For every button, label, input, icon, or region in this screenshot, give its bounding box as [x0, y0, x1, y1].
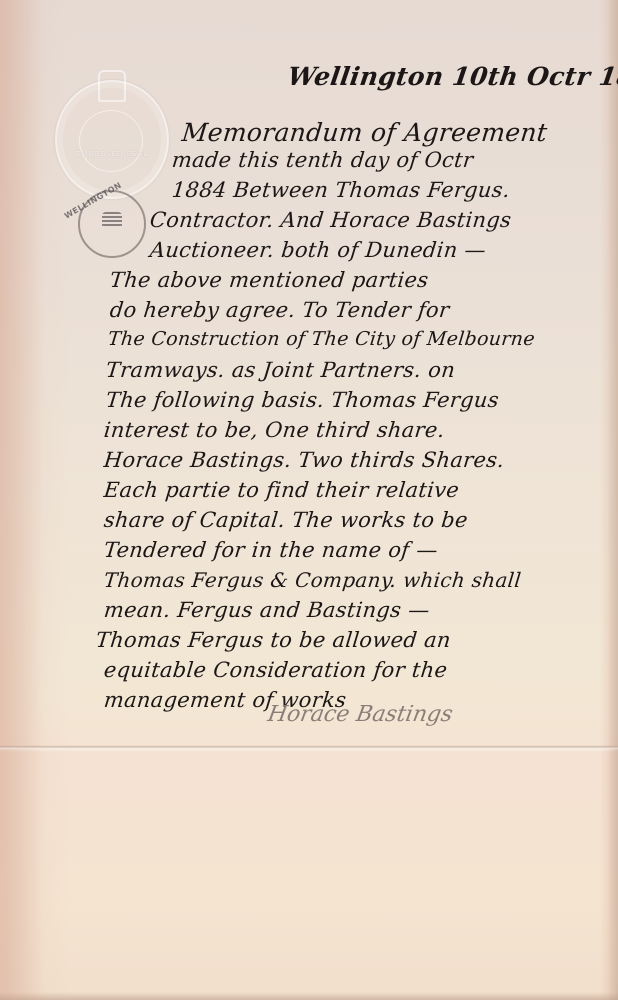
- memo-body-line: share of Capital. The works to be: [103, 508, 469, 532]
- postmark-crown-icon: [102, 212, 122, 226]
- memo-title-line: Memorandum of Agreement: [180, 118, 548, 147]
- seal-crown-icon: [98, 70, 126, 102]
- memo-body-line: Contractor. And Horace Bastings: [149, 208, 513, 232]
- memo-body-line: equitable Consideration for the: [103, 658, 449, 682]
- seal-inner-ring: [79, 110, 143, 172]
- memo-body-line: mean. Fergus and Bastings —: [103, 598, 431, 622]
- seal-label: EMBOSSED SEAL: [57, 150, 167, 158]
- embossed-seal-icon: EMBOSSED SEAL: [55, 80, 169, 199]
- memo-body-line: 1884 Between Thomas Fergus.: [171, 178, 511, 202]
- postmark-stamp-icon: WELLINGTON: [78, 190, 146, 258]
- paper-fold-line: [0, 746, 618, 749]
- document-date-header: Wellington 10th Octr 1884: [286, 62, 618, 91]
- left-edge-stain: [0, 0, 45, 1000]
- right-paper-edge: [608, 0, 618, 1000]
- memo-body-line: Tendered for in the name of —: [103, 538, 439, 562]
- memo-body-line: made this tenth day of Octr: [171, 148, 475, 172]
- memo-body-line: interest to be, One third share.: [103, 418, 446, 442]
- memo-body-line: Each partie to find their relative: [103, 478, 461, 502]
- memo-body-line: Thomas Fergus & Company. which shall: [103, 568, 523, 592]
- signature-horace-bastings: Horace Bastings: [266, 702, 455, 727]
- memo-body-line: Horace Bastings. Two thirds Shares.: [103, 448, 506, 472]
- memo-body-line: Tramways. as Joint Partners. on: [105, 358, 457, 382]
- memo-body-line: The Construction of The City of Melbourn…: [107, 328, 536, 350]
- memo-body-line: do hereby agree. To Tender for: [109, 298, 451, 322]
- memo-body-line: The following basis. Thomas Fergus: [105, 388, 500, 412]
- memo-body-line: Thomas Fergus to be allowed an: [95, 628, 452, 652]
- memo-body-line: The above mentioned parties: [109, 268, 430, 292]
- memo-body-line: Auctioneer. both of Dunedin —: [149, 238, 487, 262]
- bottom-paper-edge: [0, 992, 618, 1000]
